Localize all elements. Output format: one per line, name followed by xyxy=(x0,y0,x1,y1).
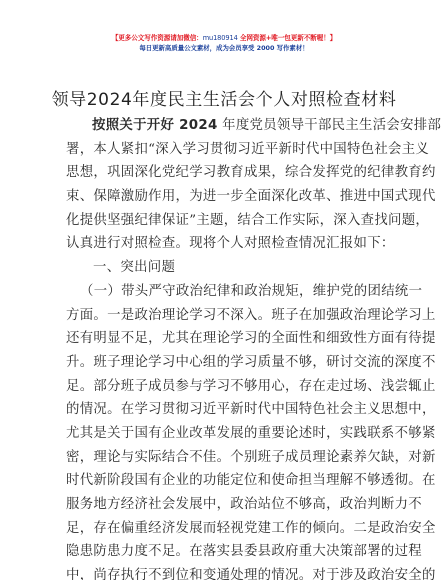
promo-text-a: 【更多公文写作资源请加微信： xyxy=(112,34,203,42)
intro-line-2: 署，本人紧扣“深入学习贯彻习近平新时代中国特色社会主义 xyxy=(66,138,384,162)
promo-text-b: 全网资源+唯一包更新不断喔！】 xyxy=(238,34,337,42)
wechat-id: mu180914 xyxy=(203,34,238,42)
page-number: 1 xyxy=(0,545,448,554)
para-line: 时代新阶段国有企业的功能定位和使命担当理解不够透彻。在 xyxy=(66,469,384,493)
document-page: 【更多公文写作资源请加微信：mu180914 全网资源+唯一包更新不断喔！】 每… xyxy=(0,0,448,580)
para-line: 升。班子理论学习中心组的学习质量不够，研讨交流的深度不 xyxy=(66,351,384,375)
document-title: 领导2024年度民主生活会个人对照检查材料 xyxy=(0,85,448,110)
para-line: 足，存在偏重经济发展而轻视党建工作的倾向。二是政治安全 xyxy=(66,517,384,541)
para-line: 密，理论与实际结合不佳。个别班子成员理论素养欠缺，对新 xyxy=(66,446,384,470)
para-line: 服务地方经济社会发展中，政治站位不够高，政治判断力不 xyxy=(66,493,384,517)
intro-line-5: 化提供坚强纪律保证”主题，结合工作实际，深入查找问题， xyxy=(66,209,384,233)
section-heading: 一、突出问题 xyxy=(66,256,384,280)
para-line: 尤其是关于国有企业改革发展的重要论述时，实践联系不够紧 xyxy=(66,422,384,446)
para-line: 足。部分班子成员参与学习不够用心，存在走过场、浅尝辄止 xyxy=(66,375,384,399)
para-line: 方面。一是政治理论学习不深入。班子在加强政治理论学习上 xyxy=(66,304,384,328)
para-line: 中，尚存执行不到位和变通处理的情况。对于涉及政治安全的 xyxy=(66,564,384,580)
intro-line-1: 按照关于开好 2024 年度党员领导干部民主生活会安排部 xyxy=(66,114,384,138)
promo-banner-line-1: 【更多公文写作资源请加微信：mu180914 全网资源+唯一包更新不断喔！】 xyxy=(0,32,448,42)
intro-lead: 按照关于开好 2024 xyxy=(92,118,218,133)
promo-banner-line-2: 每日更新高质量公文素材，成为会员享受 2000 写作素材！ xyxy=(0,43,448,52)
para-line: 还有明显不足，尤其在理论学习的全面性和细致性方面有待提 xyxy=(66,327,384,351)
document-body: 按照关于开好 2024 年度党员领导干部民主生活会安排部 署，本人紧扣“深入学习… xyxy=(66,114,384,580)
para-line: （一）带头严守政治纪律和政治规矩，维护党的团结统一 xyxy=(66,280,384,304)
intro-line-6: 认真进行对照检查。现将个人对照检查情况汇报如下： xyxy=(66,232,384,256)
intro-line-3: 思想，巩固深化党纪学习教育成果，综合发挥党的纪律教育约 xyxy=(66,161,384,185)
intro-line-4: 束、保障激励作用，为进一步全面深化改革、推进中国式现代 xyxy=(66,185,384,209)
para-line: 的情况。在学习贯彻习近平新时代中国特色社会主义思想中， xyxy=(66,398,384,422)
